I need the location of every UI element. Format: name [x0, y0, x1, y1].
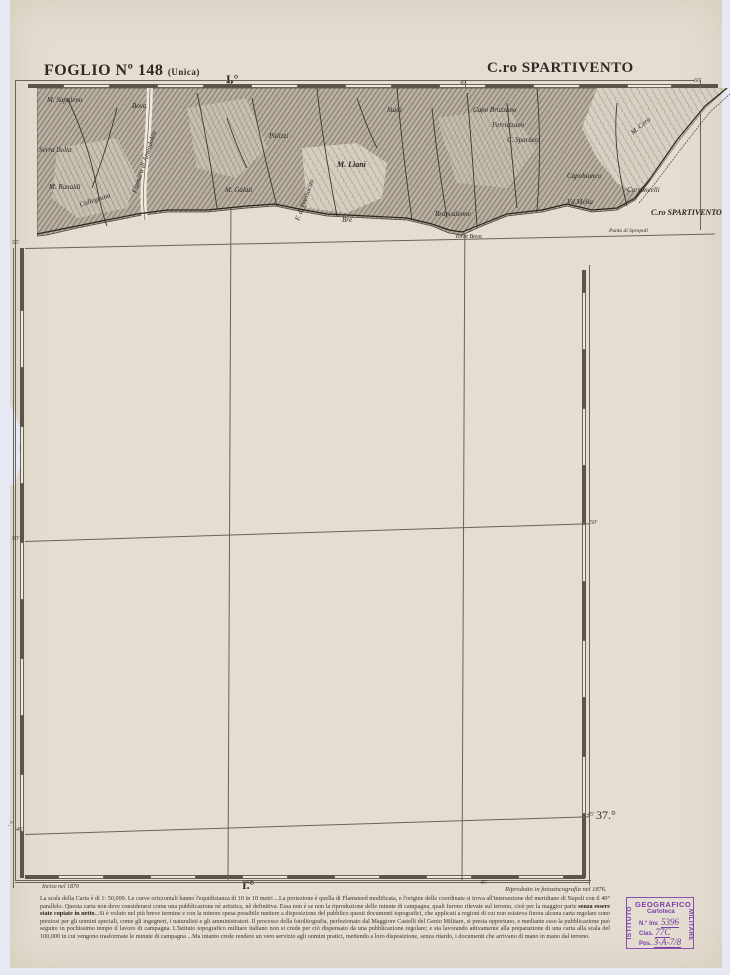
tick-left-45: 45'	[16, 827, 23, 833]
bottom-outer-line	[15, 882, 590, 883]
explanatory-notes: La scala della Carta è di 1: 50,000. Le …	[40, 895, 610, 941]
stamp-inv-row: N.° Inv.5396	[639, 917, 679, 927]
notes-part-1: La scala della Carta è di 1: 50,000. Le …	[40, 895, 610, 910]
tick-left-50: 50'	[12, 536, 19, 542]
stamp-header: GEOGRAFICO	[635, 900, 691, 909]
right-outer-line	[589, 265, 590, 885]
map-label-serra-bolla: Serra Bolla	[39, 146, 71, 154]
map-label-staiti: Staiti	[387, 106, 402, 114]
tick-right-45: 45'	[587, 812, 594, 818]
stamp-pos-label: Pos.	[639, 941, 652, 947]
stamp-pos-value: 3-A-7/8	[654, 937, 682, 948]
map-label-galati: M. Galati	[225, 186, 252, 194]
coast-label-torre-bova: Torre Bova	[455, 234, 482, 240]
map-label-ferruzzano: Ferruzzano	[492, 121, 524, 129]
left-outer-line	[13, 248, 14, 888]
archive-stamp: GEOGRAFICO ISTITUTO MILITARE Cartoteca N…	[626, 897, 694, 949]
map-label-sapaleno: M. Sapaleno	[47, 96, 82, 104]
sheet-number: FOGLIO Nº 148	[44, 62, 163, 79]
map-label-ranaldi: M. Ranaldi	[49, 183, 81, 191]
map-terrain[interactable]: M. Sapaleno Serra Bolla M. Ranaldi Colle…	[37, 88, 730, 245]
right-scale-bar	[582, 270, 586, 878]
map-label-vdmelia: Vd.Melia	[567, 198, 593, 206]
coast-label-spropoli: Punta di Spropoli	[609, 228, 648, 234]
bottom-scale-bar	[25, 875, 585, 879]
map-sheet: FOGLIO Nº 148 (Unica) C.ro SPARTIVENTO I…	[10, 0, 722, 968]
tick-right-50: 50'	[590, 520, 597, 526]
map-label-sparacci: C. Sparacci	[507, 136, 540, 144]
left-scale-bar	[20, 248, 24, 878]
tick-top-45: 45'	[460, 80, 467, 86]
map-label-bova: Bova	[132, 102, 146, 110]
stamp-left: ISTITUTO	[626, 906, 633, 940]
tick-top-50: 50'	[694, 78, 701, 84]
map-label-liani: M. Lianì	[337, 160, 366, 169]
coast-label-spartivento: C.ro SPARTIVENTO	[651, 208, 722, 217]
stamp-pos-row: Pos.3-A-7/8	[639, 937, 681, 947]
stamp-cartoteca: Cartoteca	[647, 909, 675, 915]
map-label-palizzi: Palizzi	[269, 132, 288, 140]
latitude-label: 37.°	[596, 808, 616, 823]
map-label-capobianco: Capobianco	[567, 172, 601, 180]
map-label-brancaleone: Brancaleone	[435, 210, 471, 218]
map-label-carsoncelli: Carsoncelli	[627, 186, 660, 194]
reproduction-credit: Riprodotto in fotozincografia nel 1876.	[505, 886, 607, 893]
engraving-credit: Inciso nel 1870	[42, 884, 79, 890]
tick-bottom-40: 40'	[245, 880, 252, 886]
map-label-bre: Brè	[342, 216, 352, 224]
sheet-suffix: (Unica)	[168, 67, 200, 77]
notes-part-2: ...Si è voluto nel più breve termine e c…	[40, 910, 610, 940]
sheet-name: C.ro SPARTIVENTO	[487, 60, 634, 77]
tick-left-55: 55'	[12, 240, 19, 246]
stamp-clas-row: Clas.77C	[639, 927, 670, 937]
map-label-bruzzano: Capo Bruzzano	[473, 106, 516, 114]
tick-top-40: 40'	[226, 80, 233, 86]
top-frame-line	[15, 80, 695, 81]
stamp-right: MILITARE	[687, 909, 693, 941]
tick-bottom-45: 45'	[480, 880, 487, 886]
sheet-title: FOGLIO Nº 148 (Unica)	[44, 62, 200, 80]
left-lat-fragment: .°	[8, 820, 13, 828]
